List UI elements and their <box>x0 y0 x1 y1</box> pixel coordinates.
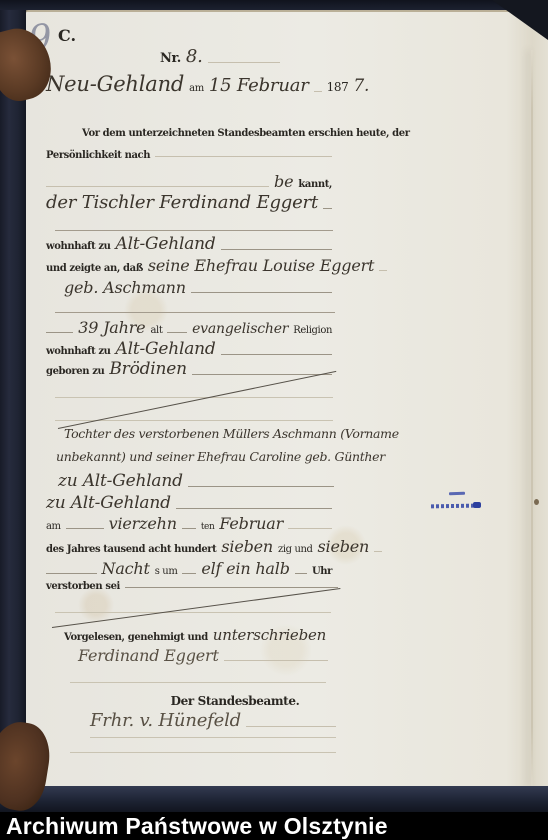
place-row-1: zu Alt-Gehland <box>58 471 334 491</box>
form-rule <box>288 528 332 529</box>
death-month: Februar <box>219 514 283 533</box>
alt-label: alt <box>150 325 162 336</box>
place-row-2: zu Alt-Gehland <box>46 493 332 513</box>
birthplace: Brödinen <box>109 359 187 379</box>
time-value: elf ein halb <box>201 559 289 578</box>
intro-line-1: Vor dem unterzeichneten Standesbeamten e… <box>82 128 410 139</box>
form-rule <box>46 332 73 333</box>
form-rule <box>155 156 332 157</box>
bekannt-hand: be <box>274 172 293 191</box>
book-binding <box>0 0 26 812</box>
place-1: zu Alt-Gehland <box>58 471 183 491</box>
nr-value: 8. <box>186 46 203 67</box>
place-2: zu Alt-Gehland <box>46 493 171 513</box>
register-sheet: 9 C. Nr. 8. Neu-Gehland am 15 Februar 18… <box>26 10 548 786</box>
intro-text-2: Persönlichkeit nach <box>46 150 150 161</box>
year-prefix: des Jahres tausend acht hundert <box>46 544 216 555</box>
blue-archival-mark <box>431 504 475 509</box>
year-hand-1: sieben <box>221 537 273 556</box>
age-row: 39 Jahre alt evangelischer Religion <box>46 318 332 337</box>
nr-label: Nr. <box>160 51 181 66</box>
page-top-edge <box>26 10 548 12</box>
birthplace-row: geboren zu Brödinen <box>46 359 332 379</box>
bekannt-printed: kannt, <box>298 179 332 190</box>
form-rule <box>188 486 334 487</box>
archive-caption-bar: Archiwum Państwowe w Olsztynie <box>0 812 548 840</box>
bekannt-row: be kannt, <box>46 172 332 191</box>
record-number-row: Nr. 8. <box>160 46 280 67</box>
intro-line-2: Persönlichkeit nach <box>46 150 332 161</box>
residence-row-2: wohnhaft zu Alt-Gehland <box>46 339 332 359</box>
parents-line-1: Tochter des verstorbenen Müllers Aschman… <box>64 426 399 441</box>
sum-label: s um <box>155 566 178 577</box>
died-row: verstorben sei <box>46 581 338 592</box>
form-rule <box>295 573 307 574</box>
form-rule <box>46 573 97 574</box>
residence-1: Alt-Gehland <box>116 234 216 254</box>
form-rule <box>208 62 280 63</box>
religion-value: evangelischer <box>192 321 288 337</box>
am-label: am <box>189 83 204 94</box>
wohnhaft-label-2: wohnhaft zu <box>46 346 111 357</box>
time-period: Nacht <box>102 559 150 578</box>
year-hand-2: sieben <box>318 537 370 556</box>
form-rule <box>66 528 104 529</box>
form-rule <box>125 587 338 588</box>
maiden-row: geb. Aschmann <box>64 278 332 297</box>
declarant-row: der Tischler Ferdinand Eggert <box>46 192 332 213</box>
report-label: und zeigte an, daß <box>46 263 143 274</box>
death-date-row: am vierzehn ten Februar <box>46 514 332 533</box>
zig-label: zig und <box>278 544 313 555</box>
registrar-label: Der Standesbeamte. <box>171 694 300 708</box>
form-rule <box>182 573 196 574</box>
form-rule <box>221 354 332 355</box>
residence-2: Alt-Gehland <box>116 339 216 359</box>
closing-hand: unterschrieben <box>213 626 326 644</box>
maiden-name: geb. Aschmann <box>64 278 186 297</box>
form-rule <box>221 249 332 250</box>
declarant-signature: Ferdinand Eggert <box>78 646 219 665</box>
form-rule <box>70 682 326 683</box>
form-rule <box>176 508 332 509</box>
death-year-row: des Jahres tausend acht hundert sieben z… <box>46 537 332 556</box>
year-hand: 7. <box>353 76 369 96</box>
section-letter: C. <box>58 26 76 45</box>
am-label-2: am <box>46 521 61 532</box>
died-label: verstorben sei <box>46 581 120 592</box>
form-rule <box>224 660 328 661</box>
scan-top-edge <box>0 0 548 10</box>
scanned-register-page: 9 C. Nr. 8. Neu-Gehland am 15 Februar 18… <box>0 0 548 840</box>
blue-archival-mark <box>449 492 465 496</box>
geboren-label: geboren zu <box>46 366 104 377</box>
form-rule <box>55 312 335 313</box>
deceased-name: seine Ehefrau Louise Eggert <box>148 256 374 275</box>
strike-line <box>52 588 341 628</box>
page-crease <box>531 50 533 786</box>
form-rule <box>182 528 196 529</box>
parents-text-2: unbekannt) und seiner Ehefrau Caroline g… <box>56 449 385 464</box>
scan-bottom-edge <box>0 786 548 812</box>
ten-label: ten <box>201 522 215 532</box>
archive-caption: Archiwum Państwowe w Olsztynie <box>0 813 388 840</box>
form-rule <box>246 726 336 727</box>
report-row: und zeigte an, daß seine Ehefrau Louise … <box>46 256 332 275</box>
declarant-signature-row: Ferdinand Eggert <box>78 646 328 665</box>
religion-label: Religion <box>293 325 332 336</box>
closing-row: Vorgelesen, genehmigt und unterschrieben <box>64 626 326 644</box>
record-date: 15 Februar <box>209 75 309 96</box>
dateline-row: Neu-Gehland am 15 Februar 187 7. <box>46 72 352 96</box>
form-rule <box>90 737 336 738</box>
form-rule <box>191 292 332 293</box>
uhr-label: Uhr <box>312 566 332 577</box>
registrar-label-row: Der Standesbeamte. <box>140 694 330 708</box>
form-rule <box>374 551 382 552</box>
residence-row-1: wohnhaft zu Alt-Gehland <box>46 234 332 254</box>
form-rule <box>314 91 322 92</box>
parents-text-1: Tochter des verstorbenen Müllers Aschman… <box>64 426 399 441</box>
declarant-name: der Tischler Ferdinand Eggert <box>46 192 318 213</box>
death-day: vierzehn <box>109 514 177 533</box>
intro-text-1: Vor dem unterzeichneten Standesbeamten e… <box>82 128 410 139</box>
registrar-signature-row: Frhr. v. Hünefeld <box>90 710 336 731</box>
form-rule <box>55 612 331 613</box>
worm-hole <box>534 499 539 505</box>
age-value: 39 Jahre <box>78 318 145 337</box>
form-rule <box>55 230 333 231</box>
form-rule <box>192 374 332 375</box>
form-rule <box>379 270 387 271</box>
parents-line-2: unbekannt) und seiner Ehefrau Caroline g… <box>56 449 385 464</box>
death-time-row: Nacht s um elf ein halb Uhr <box>46 559 332 578</box>
place-name: Neu-Gehland <box>46 72 184 96</box>
form-rule <box>323 208 332 209</box>
blue-archival-mark <box>473 502 481 508</box>
form-rule <box>167 332 187 333</box>
closing-printed: Vorgelesen, genehmigt und <box>64 632 208 643</box>
year-printed: 187 <box>327 80 349 94</box>
registrar-signature: Frhr. v. Hünefeld <box>90 710 241 731</box>
wohnhaft-label: wohnhaft zu <box>46 241 111 252</box>
form-rule <box>70 752 336 753</box>
form-rule <box>46 186 269 187</box>
form-rule <box>55 397 333 398</box>
